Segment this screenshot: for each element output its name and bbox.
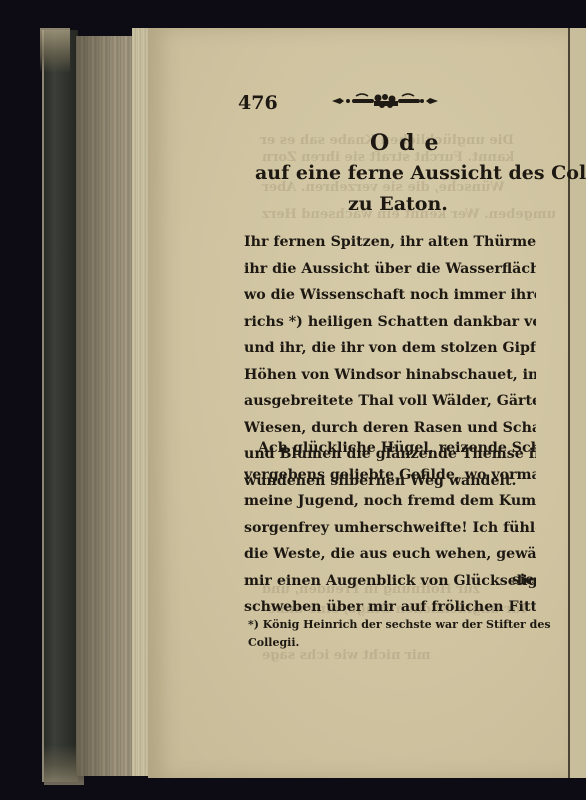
text-line: ihr die Aussicht über die Wasserfläche s… xyxy=(244,256,536,283)
footnote: *) König Heinrich der sechste war der St… xyxy=(248,616,538,652)
text-line: ausgebreitete Thal voll Wälder, Gärten u… xyxy=(244,388,536,415)
page-number: 476 xyxy=(238,92,278,114)
text-line: Höhen von Windsor hinabschauet, in das xyxy=(244,362,536,389)
text-line: meine Jugend, noch fremd dem Kummer, xyxy=(244,488,536,515)
text-line: mir einen Augenblick von Glückseligkeit.… xyxy=(244,568,536,595)
footnote-line: Collegii. xyxy=(248,634,538,652)
text-line: vergebens geliebte Gefilde, wo vormals xyxy=(244,462,536,489)
text-line: sorgenfrey umherschweifte! Ich fühle es, xyxy=(244,515,536,542)
poem-subtitle-line-2: zu Eaton. xyxy=(348,193,448,215)
footnote-line: *) König Heinrich der sechste war der St… xyxy=(248,616,538,634)
text-line: Ihr fernen Spitzen, ihr alten Thürme, di… xyxy=(244,229,536,256)
fleuron-ornament-icon xyxy=(330,92,440,110)
scan-background: Die unglücklichen Knabe sah es er kannt.… xyxy=(0,0,586,800)
text-line: Ach glückliche Hügel, reizende Schatten, xyxy=(244,435,536,462)
text-line: wo die Wissenschaft noch immer ihres Hei… xyxy=(244,282,536,309)
poem-heading: Ode xyxy=(370,130,449,156)
text-line: und ihr, die ihr von dem stolzen Gipfel … xyxy=(244,335,536,362)
paragraph-2: Ach glückliche Hügel, reizende Schatten,… xyxy=(244,435,536,621)
text-line: die Weste, die aus euch wehen, gewähren xyxy=(244,541,536,568)
poem-subtitle-line-1: auf eine ferne Aussicht des Collegii xyxy=(255,162,586,184)
cover-wear-top xyxy=(40,28,70,73)
next-page-sliver xyxy=(570,28,586,778)
book-cover-board xyxy=(42,30,78,782)
text-line: richs *) heiligen Schatten dankbar vereh… xyxy=(244,309,536,336)
catchword: sie xyxy=(512,572,534,588)
